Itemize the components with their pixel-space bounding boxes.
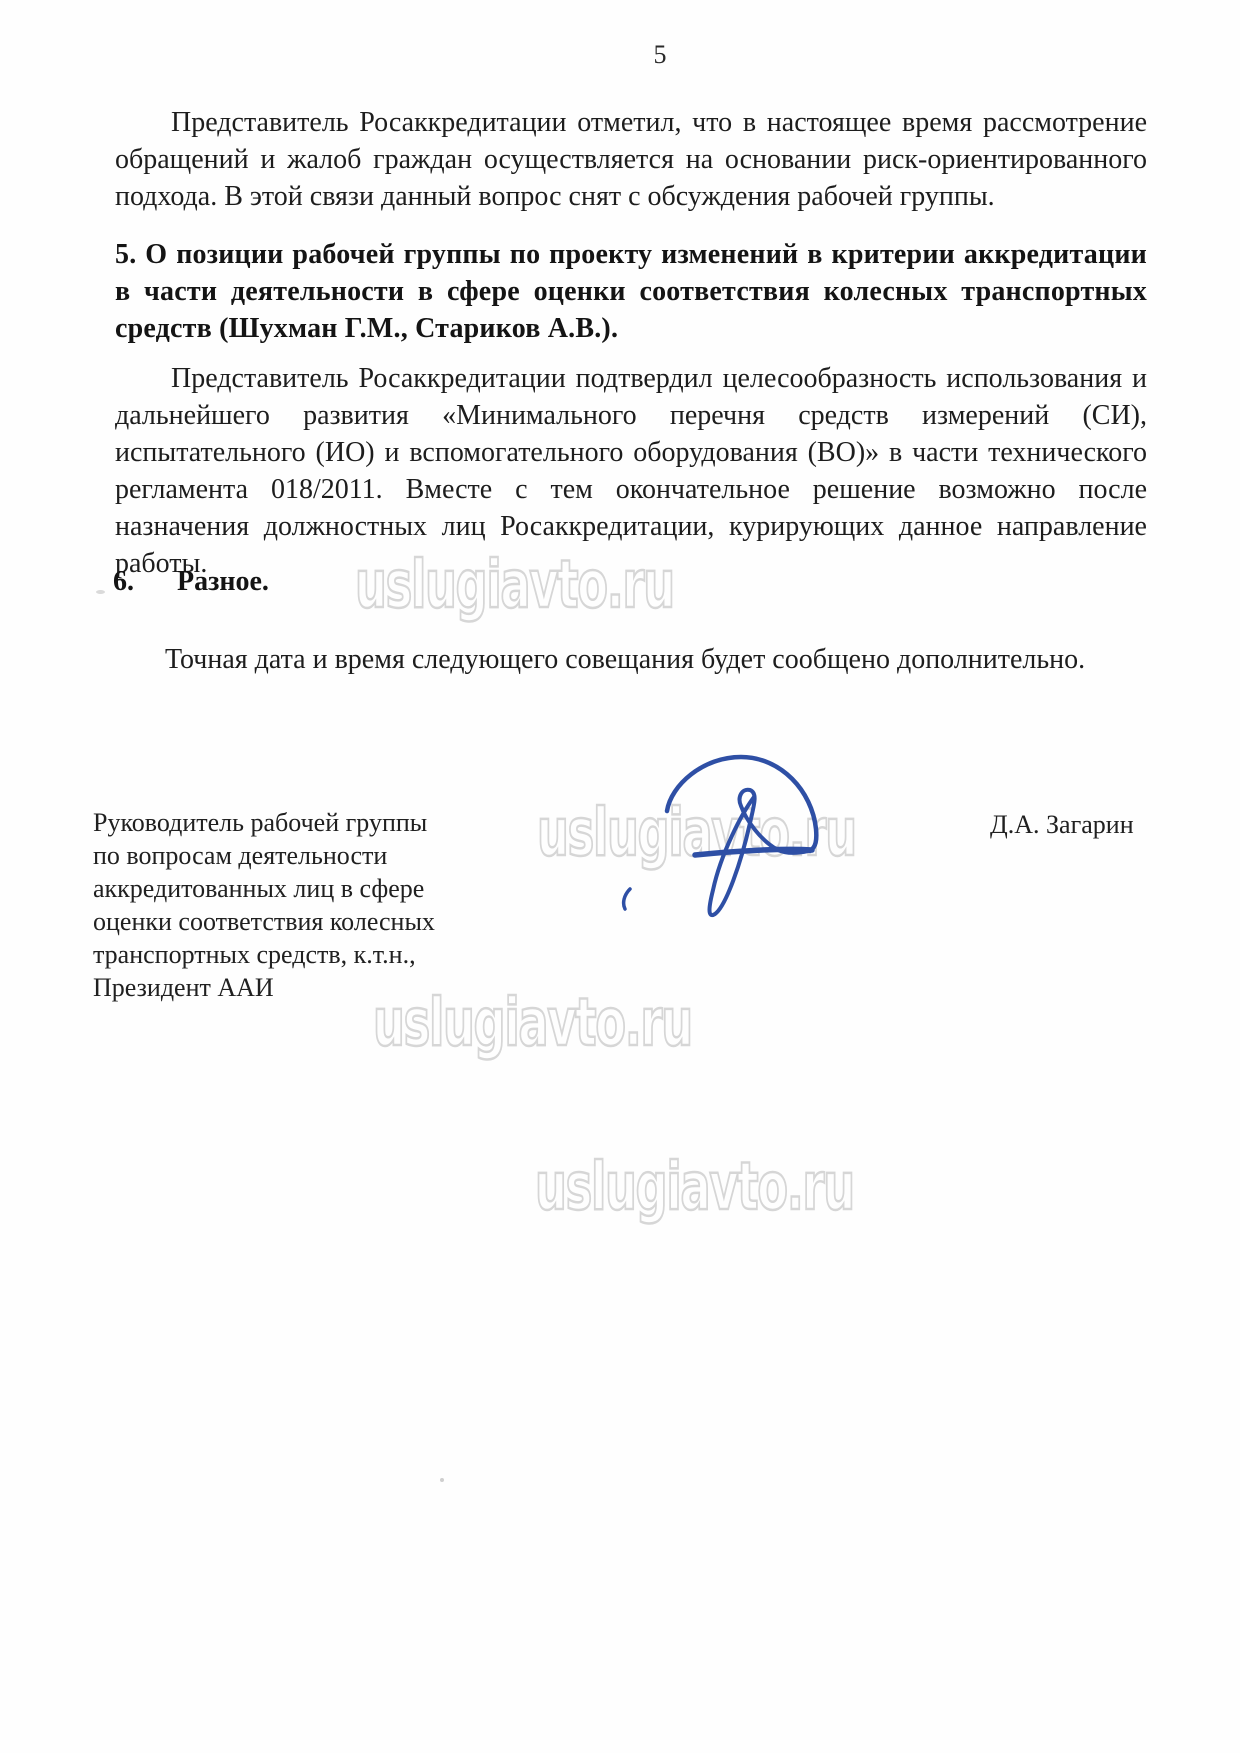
page-number: 5 [580,40,740,70]
paragraph-next-meeting: Точная дата и время следующего совещания… [115,641,1147,678]
section-6-label: Разное. [177,566,269,598]
watermark: uslugiavto.ru [535,1154,854,1220]
signer-title-line: транспортных средств, к.т.н., [93,938,453,971]
section-6-number: 6. [113,566,134,598]
signer-title-line: Президент ААИ [93,971,453,1004]
pen-mark [624,889,630,909]
document-page: 5 Представитель Росаккредитации отметил,… [0,0,1240,1753]
scan-speck [440,1478,444,1482]
signer-title-line: оценки соответствия колесных [93,905,453,938]
paragraph-minimal-list: Представитель Росаккредитации подтвердил… [115,360,1147,582]
signature-scribble [545,745,845,930]
signer-title-line: Руководитель рабочей группы [93,806,453,839]
scan-speck [96,590,105,594]
signer-title: Руководитель рабочей группы по вопросам … [93,806,453,1004]
signer-name: Д.А. Загарин [990,810,1134,840]
paragraph-risk-approach: Представитель Росаккредитации отметил, ч… [115,104,1147,215]
section-6-heading: 6. Разное. [113,566,269,598]
section-5-heading: 5. О позиции рабочей группы по проекту и… [115,236,1147,347]
signer-title-line: аккредитованных лиц в сфере [93,872,453,905]
signer-title-line: по вопросам деятельности [93,839,453,872]
